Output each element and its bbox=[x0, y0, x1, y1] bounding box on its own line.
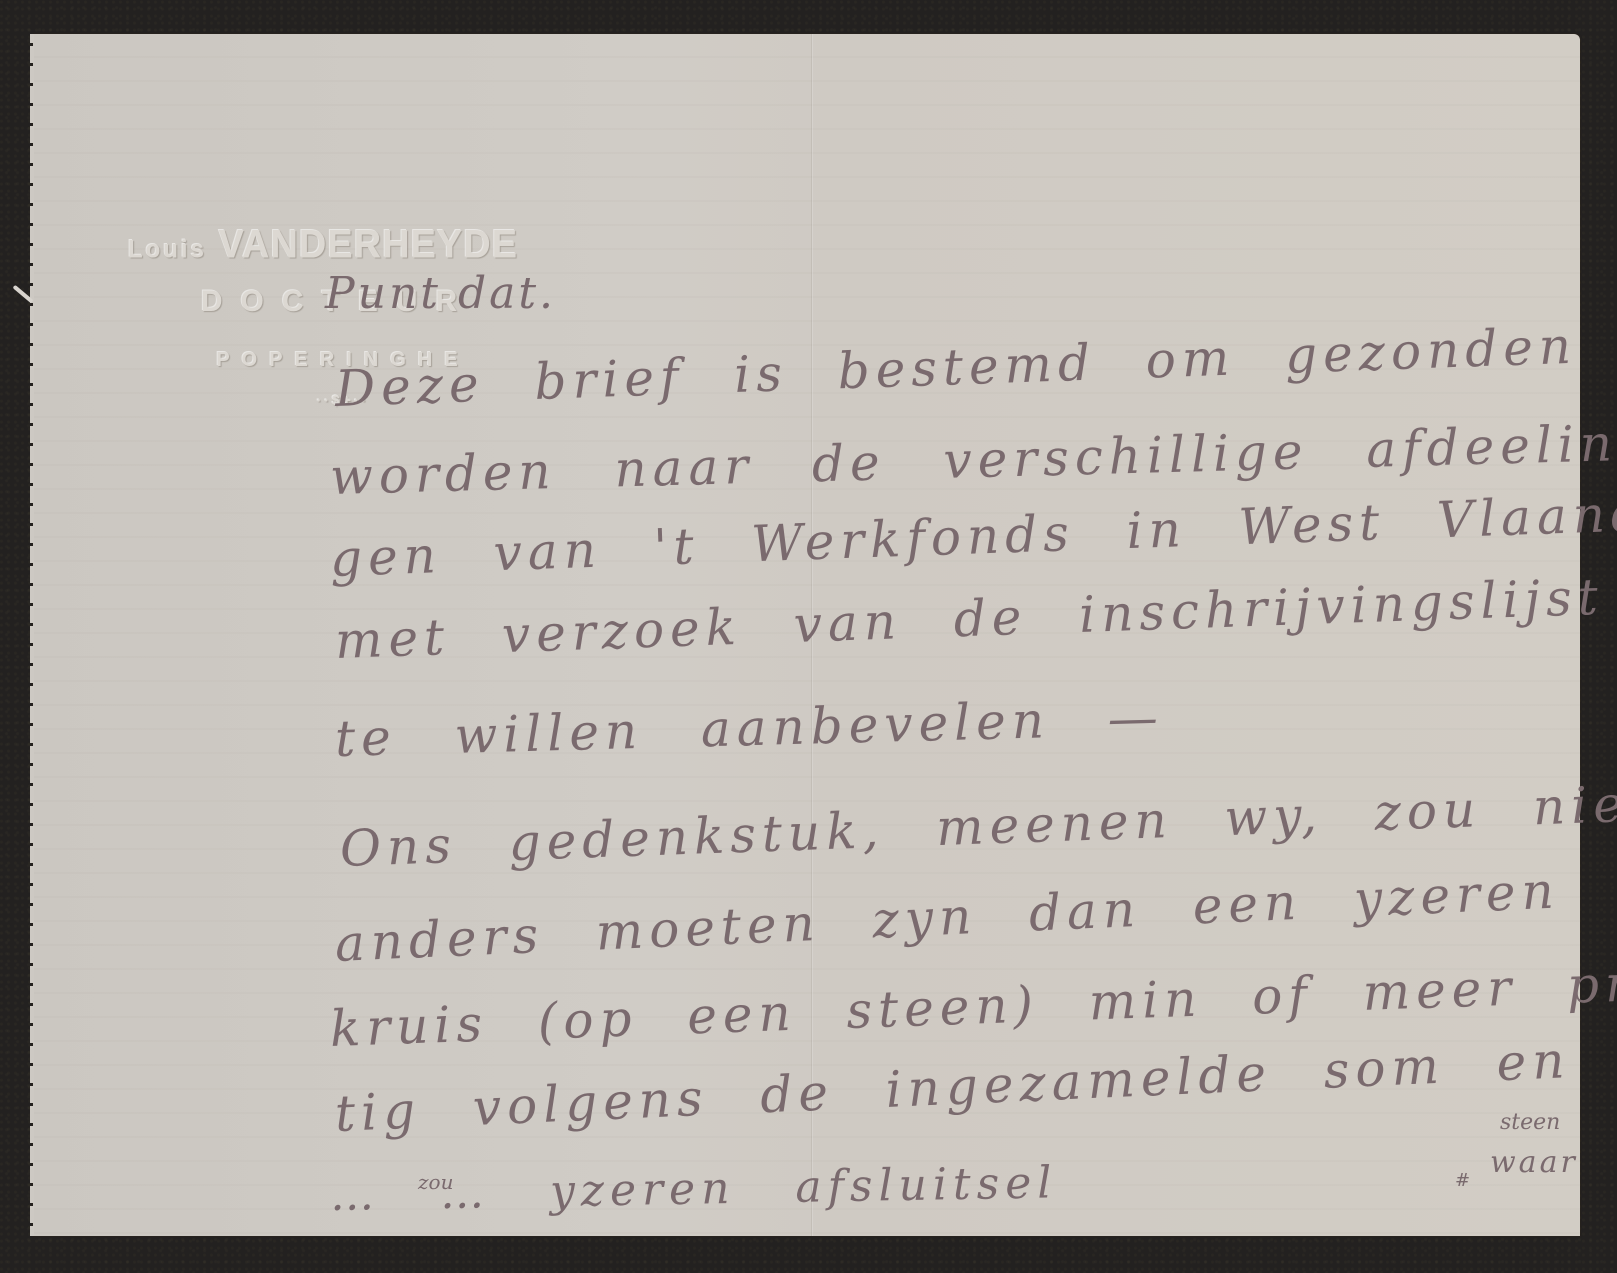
insertion-mark: # bbox=[1455, 1170, 1470, 1191]
handwritten-line-heading: Punt dat. bbox=[325, 268, 556, 319]
interlinear-annotation: zou bbox=[418, 1170, 453, 1194]
margin-annotation: steen bbox=[1500, 1110, 1560, 1135]
letterhead-name: Louis VANDERHEYDE bbox=[103, 223, 543, 268]
letterhead-last-name: VANDERHEYDE bbox=[219, 223, 519, 267]
letterhead-first-name: Louis bbox=[128, 236, 207, 264]
margin-annotation: waar bbox=[1490, 1145, 1578, 1180]
